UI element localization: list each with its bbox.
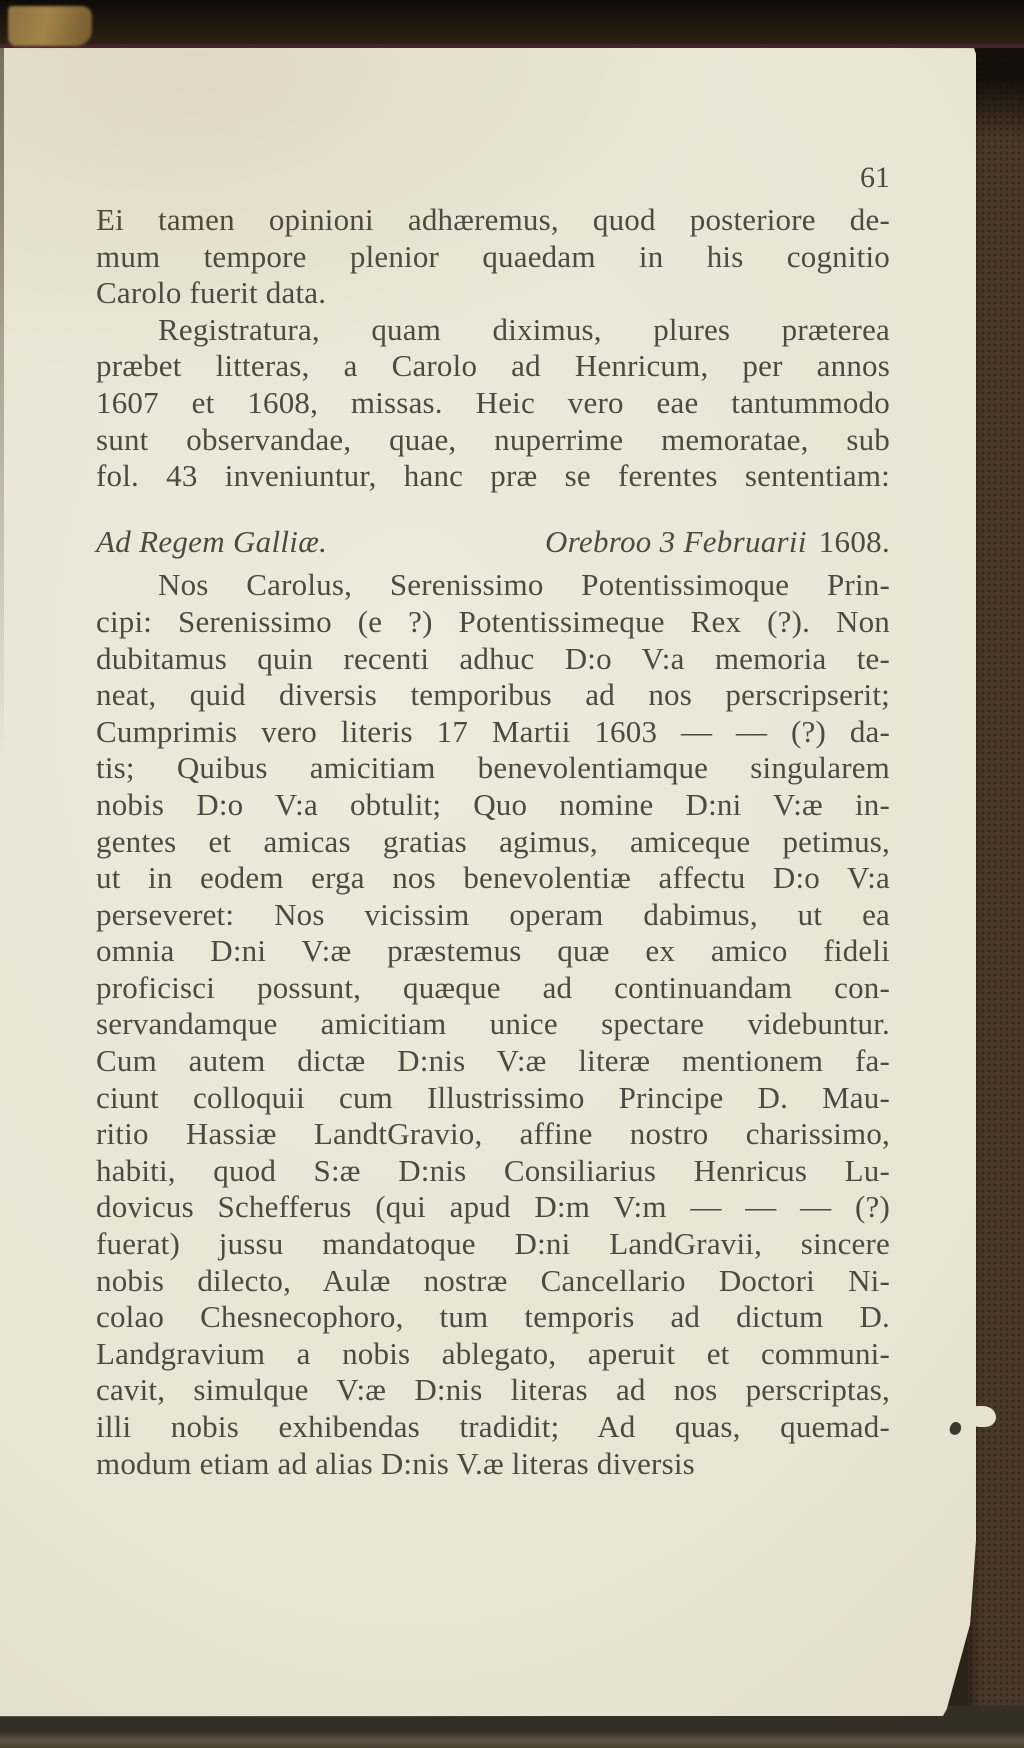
text-line: omnia D:ni V:æ præstemus quæ ex amico fi… — [96, 933, 890, 970]
text-line: 1607 et 1608, missas. Heic vero eae tant… — [96, 385, 890, 422]
text-line: ritio Hassiæ LandtGravio, affine nostro … — [96, 1116, 890, 1153]
cover-corner-tan-patch — [8, 6, 92, 46]
text-line: Nos Carolus, Serenissimo Potentissimoque… — [96, 567, 890, 604]
text-line: Cum autem dictæ D:nis V:æ literæ mention… — [96, 1043, 890, 1080]
text-line: præbet litteras, a Carolo ad Henricum, p… — [96, 348, 890, 385]
text-line: proficisci possunt, quæque ad continuand… — [96, 970, 890, 1007]
page-paper: 61 Ei tamen opinioni adhæremus, quod pos… — [0, 44, 976, 1716]
body-text: Ei tamen opinioni adhæremus, quod poster… — [96, 202, 890, 1482]
text-line: dubitamus quin recenti adhuc D:o V:a mem… — [96, 641, 890, 678]
text-line: illi nobis exhibendas tradidit; Ad quas,… — [96, 1409, 890, 1446]
text-line: tis; Quibus amicitiam benevolentiamque s… — [96, 750, 890, 787]
text-line: colao Chesnecophoro, tum temporis ad dic… — [96, 1299, 890, 1336]
text-line: cipi: Serenissimo (e ?) Potentissimeque … — [96, 604, 890, 641]
letter-heading-year: 1608. — [819, 524, 890, 559]
text-line: fol. 43 inveniuntur, hanc præ se ferente… — [96, 458, 890, 495]
letter-heading-dateline: Orebroo 3 Februarii1608. — [545, 524, 890, 561]
scanned-book-page: 61 Ei tamen opinioni adhæremus, quod pos… — [0, 0, 1024, 1748]
text-line: Carolo fuerit data. — [96, 275, 890, 312]
text-line: cavit, simulque V:æ D:nis literas ad nos… — [96, 1372, 890, 1409]
text-line: servandamque amicitiam unice spectare vi… — [96, 1006, 890, 1043]
text-line: nobis D:o V:a obtulit; Quo nomine D:ni V… — [96, 787, 890, 824]
text-line: mum tempore plenior quaedam in his cogni… — [96, 239, 890, 276]
page-number: 61 — [96, 162, 890, 194]
letter-heading-addressee: Ad Regem Galliæ. — [96, 524, 327, 561]
text-line: Registratura, quam diximus, plures præte… — [96, 312, 890, 349]
text-line: Cumprimis vero literis 17 Martii 1603 — … — [96, 714, 890, 751]
text-line: perseveret: Nos vicissim operam dabimus,… — [96, 897, 890, 934]
text-line: Landgravium a nobis ablegato, aperuit et… — [96, 1336, 890, 1373]
text-line: sunt observandae, quae, nuperrime memora… — [96, 422, 890, 459]
text-line: habiti, quod S:æ D:nis Consiliarius Henr… — [96, 1153, 890, 1190]
text-line: gentes et amicas gratias agimus, amicequ… — [96, 824, 890, 861]
letter-heading-place-date: Orebroo 3 Februarii — [545, 524, 807, 559]
text-line: dovicus Schefferus (qui apud D:m V:m — —… — [96, 1189, 890, 1226]
text-line: ciunt colloquii cum Illustrissimo Princi… — [96, 1080, 890, 1117]
text-line: modum etiam ad alias D:nis V.æ literas d… — [96, 1446, 890, 1483]
book-edge-right — [968, 0, 1024, 1748]
text-line: ut in eodem erga nos benevolentiæ affect… — [96, 860, 890, 897]
page-left-edge-shadow — [0, 44, 4, 764]
letter-heading: Ad Regem Galliæ. Orebroo 3 Februarii1608… — [96, 524, 890, 561]
text-line: Ei tamen opinioni adhæremus, quod poster… — [96, 202, 890, 239]
paper-edge-notch — [972, 1406, 996, 1427]
book-edge-top — [0, 0, 1024, 48]
text-line: neat, quid diversis temporibus ad nos pe… — [96, 677, 890, 714]
text-line: fuerat) jussu mandatoque D:ni LandGravii… — [96, 1226, 890, 1263]
text-line: nobis dilecto, Aulæ nostræ Cancellario D… — [96, 1263, 890, 1300]
